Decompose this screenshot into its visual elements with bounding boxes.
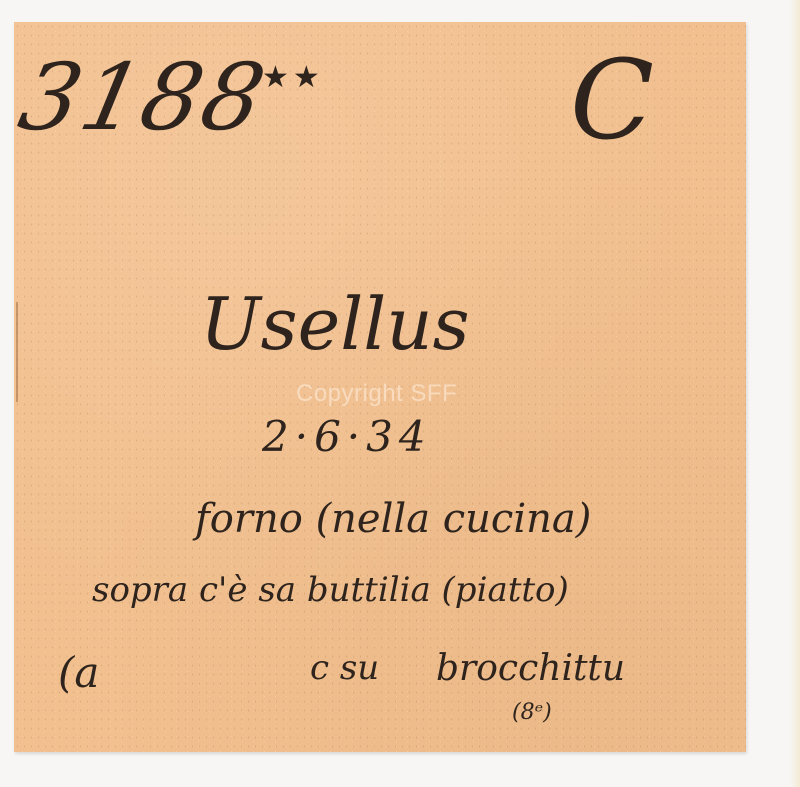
card-fold-mark	[16, 302, 18, 402]
note-line-3-middle: c su	[310, 648, 379, 688]
background-edge	[790, 0, 800, 787]
class-letter: C	[570, 36, 654, 164]
place-name: Usellus	[200, 282, 470, 366]
star-marks-icon: ★★	[262, 60, 324, 95]
date: 2·6·34	[262, 412, 432, 461]
note-line-3-open: (a	[58, 648, 99, 697]
superscript-note: (8ᵉ)	[512, 700, 552, 725]
copyright-watermark: Copyright SFF	[296, 380, 457, 408]
note-line-3-word: brocchittu	[436, 648, 625, 689]
note-line-2: sopra c'è sa buttilia (piatto)	[92, 570, 569, 610]
catalog-number: 3188	[11, 44, 276, 151]
note-line-1: forno (nella cucina)	[195, 496, 591, 542]
